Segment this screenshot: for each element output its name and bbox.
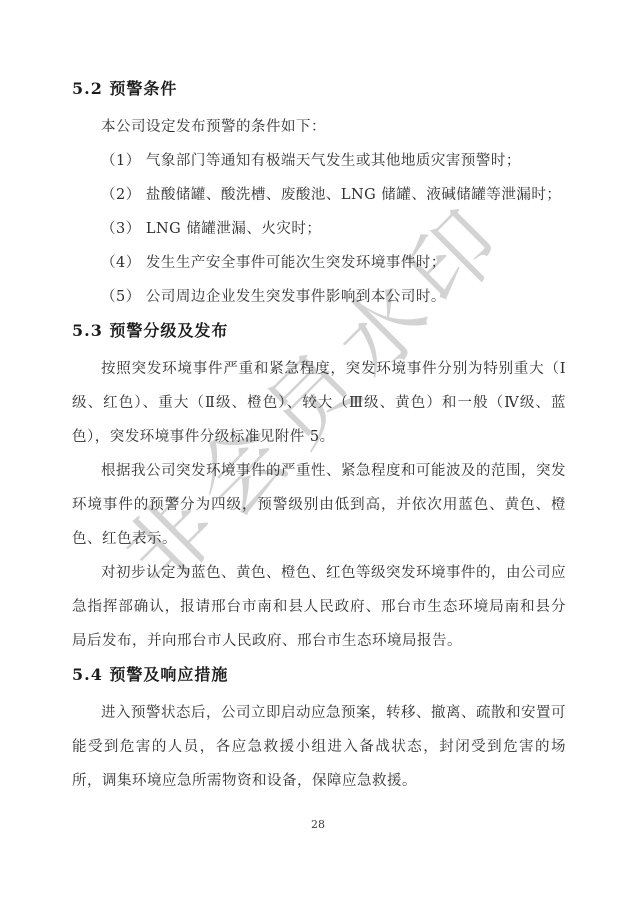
section-5-3-paragraph-2: 根据我公司突发环境事件的严重性、紧急程度和可能波及的范围，突发环境事件的预警分为… <box>72 454 566 556</box>
section-5-4-paragraph-1: 进入预警状态后，公司立即启动应急预案，转移、撤离、疏散和安置可能受到危害的人员，… <box>72 696 566 798</box>
document-content: 5.2 预警条件 本公司设定发布预警的条件如下： （1） 气象部门等通知有极端天… <box>72 78 566 798</box>
list-item-2: （2） 盐酸储罐、酸洗槽、废酸池、LNG 储罐、液碱储罐等泄漏时； <box>72 178 566 212</box>
list-item-3: （3） LNG 储罐泄漏、火灾时； <box>72 212 566 246</box>
section-heading-5-3: 5.3 预警分级及发布 <box>72 320 566 342</box>
document-page: 非会员水印 5.2 预警条件 本公司设定发布预警的条件如下： （1） 气象部门等… <box>0 0 636 900</box>
page-number: 28 <box>0 818 636 831</box>
section-heading-5-4: 5.4 预警及响应措施 <box>72 664 566 686</box>
section-heading-5-2: 5.2 预警条件 <box>72 78 566 100</box>
section-5-3-paragraph-1: 按照突发环境事件严重和紧急程度，突发环境事件分别为特别重大（Ⅰ级、红色）、重大（… <box>72 352 566 454</box>
section-5-3-paragraph-3: 对初步认定为蓝色、黄色、橙色、红色等级突发环境事件的，由公司应急指挥部确认，报请… <box>72 556 566 658</box>
list-item-5: （5） 公司周边企业发生突发事件影响到本公司时。 <box>72 280 566 314</box>
section-5-2-list: （1） 气象部门等通知有极端天气发生或其他地质灾害预警时； （2） 盐酸储罐、酸… <box>72 144 566 314</box>
section-5-2-intro: 本公司设定发布预警的条件如下： <box>72 110 566 144</box>
list-item-4: （4） 发生生产安全事件可能次生突发环境事件时； <box>72 246 566 280</box>
list-item-1: （1） 气象部门等通知有极端天气发生或其他地质灾害预警时； <box>72 144 566 178</box>
